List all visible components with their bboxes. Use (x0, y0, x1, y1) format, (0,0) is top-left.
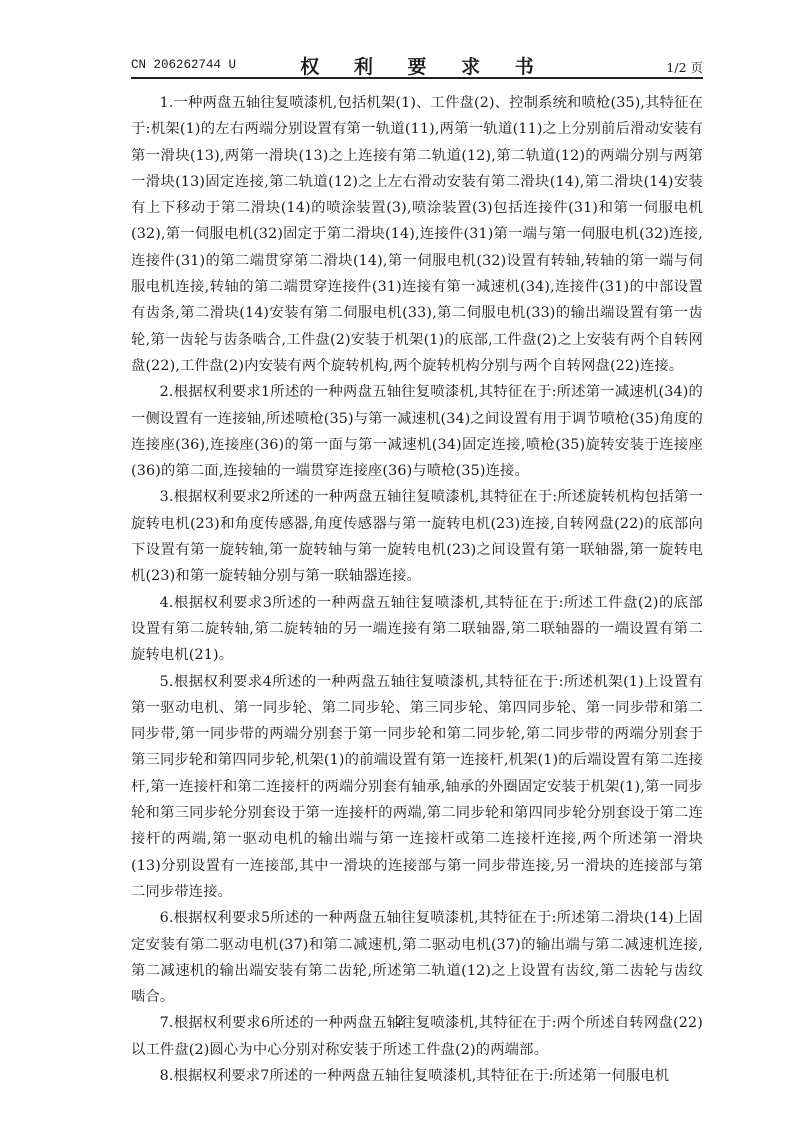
claim-6: 6.根据权利要求5所述的一种两盘五轴往复喷漆机,其特征在于:所述第二滑块(14)… (131, 905, 703, 1010)
page-number: 2 (0, 1014, 800, 1029)
document-title: 权 利 要 求 书 (131, 52, 703, 79)
claim-2: 2.根据权利要求1所述的一种两盘五轴往复喷漆机,其特征在于:所述第一减速机(34… (131, 379, 703, 484)
claim-1: 1.一种两盘五轴往复喷漆机,包括机架(1)、工件盘(2)、控制系统和喷枪(35)… (131, 90, 703, 379)
page-header: CN 206262744 U 权 利 要 求 书 1/2 页 (131, 52, 703, 78)
header-divider (131, 77, 703, 79)
claim-8: 8.根据权利要求7所述的一种两盘五轴往复喷漆机,其特征在于:所述第一伺服电机 (131, 1063, 703, 1089)
claims-body: 1.一种两盘五轴往复喷漆机,包括机架(1)、工件盘(2)、控制系统和喷枪(35)… (131, 90, 703, 1089)
claim-4: 4.根据权利要求3所述的一种两盘五轴往复喷漆机,其特征在于:所述工件盘(2)的底… (131, 590, 703, 669)
claim-5: 5.根据权利要求4所述的一种两盘五轴往复喷漆机,其特征在于:所述机架(1)上设置… (131, 669, 703, 906)
page-indicator: 1/2 页 (666, 58, 703, 76)
claim-3: 3.根据权利要求2所述的一种两盘五轴往复喷漆机,其特征在于:所述旋转机构包括第一… (131, 484, 703, 589)
